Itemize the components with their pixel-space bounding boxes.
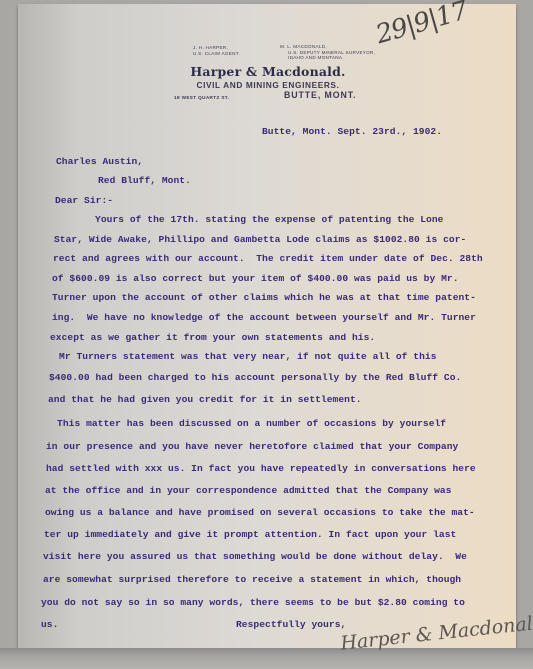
- firm-tagline: CIVIL AND MINING ENGINEERS.: [170, 80, 366, 90]
- body-line: visit here you assured us that something…: [43, 551, 467, 562]
- recipient-location: Red Bluff, Mont.: [98, 175, 191, 186]
- dateline: Butte, Mont. Sept. 23rd., 1902.: [262, 126, 442, 137]
- letterhead-partner-left: J. H. Harper, U.S. Claim Agent.: [193, 45, 240, 56]
- body-line: you do not say so in so many words, ther…: [41, 597, 465, 608]
- body-line: ing. We have no knowledge of the account…: [52, 312, 476, 323]
- body-line: us.: [41, 619, 58, 630]
- salutation: Dear Sir:-: [55, 195, 113, 206]
- partner-right-region: Idaho and Montana.: [280, 55, 375, 61]
- firm-name: Harper & Macdonald.: [168, 64, 368, 79]
- body-line: at the office and in your correspondence…: [45, 485, 452, 496]
- body-line: owing us a balance and have promised on …: [45, 507, 475, 518]
- body-line: and that he had given you credit for it …: [48, 394, 362, 405]
- body-line: in our presence and you have never heret…: [46, 441, 458, 452]
- body-line: Star, Wide Awake, Phillipo and Gambetta …: [54, 234, 466, 245]
- body-line: This matter has been discussed on a numb…: [28, 418, 446, 429]
- street-address: 18 West Quartz St.: [174, 95, 229, 100]
- closing: Respectfully yours,: [236, 619, 346, 630]
- partner-left-title: U.S. Claim Agent.: [193, 51, 240, 57]
- table-surface: [0, 648, 533, 669]
- body-line: Mr Turners statement was that very near,…: [30, 351, 437, 362]
- body-line: of $600.09 is also correct but your item…: [52, 273, 459, 284]
- letterhead-partner-right: M. L. Macdonald, U.S. Deputy Mineral Sur…: [280, 44, 375, 61]
- body-line: had settled with xxx us. In fact you hav…: [46, 463, 476, 474]
- body-line: rect and agrees with our account. The cr…: [53, 253, 483, 264]
- body-line: ter up immediately and give it prompt at…: [44, 529, 456, 540]
- letterhead-city: BUTTE, MONT.: [284, 90, 356, 100]
- body-line: Yours of the 17th. stating the expense o…: [66, 214, 443, 225]
- body-line: Turner upon the account of other claims …: [52, 292, 476, 303]
- body-line: are somewhat surprised therefore to rece…: [43, 574, 461, 585]
- body-line: except as we gather it from your own sta…: [50, 332, 375, 343]
- body-line: $400.00 had been charged to his account …: [49, 372, 461, 383]
- recipient-name: Charles Austin,: [56, 156, 143, 167]
